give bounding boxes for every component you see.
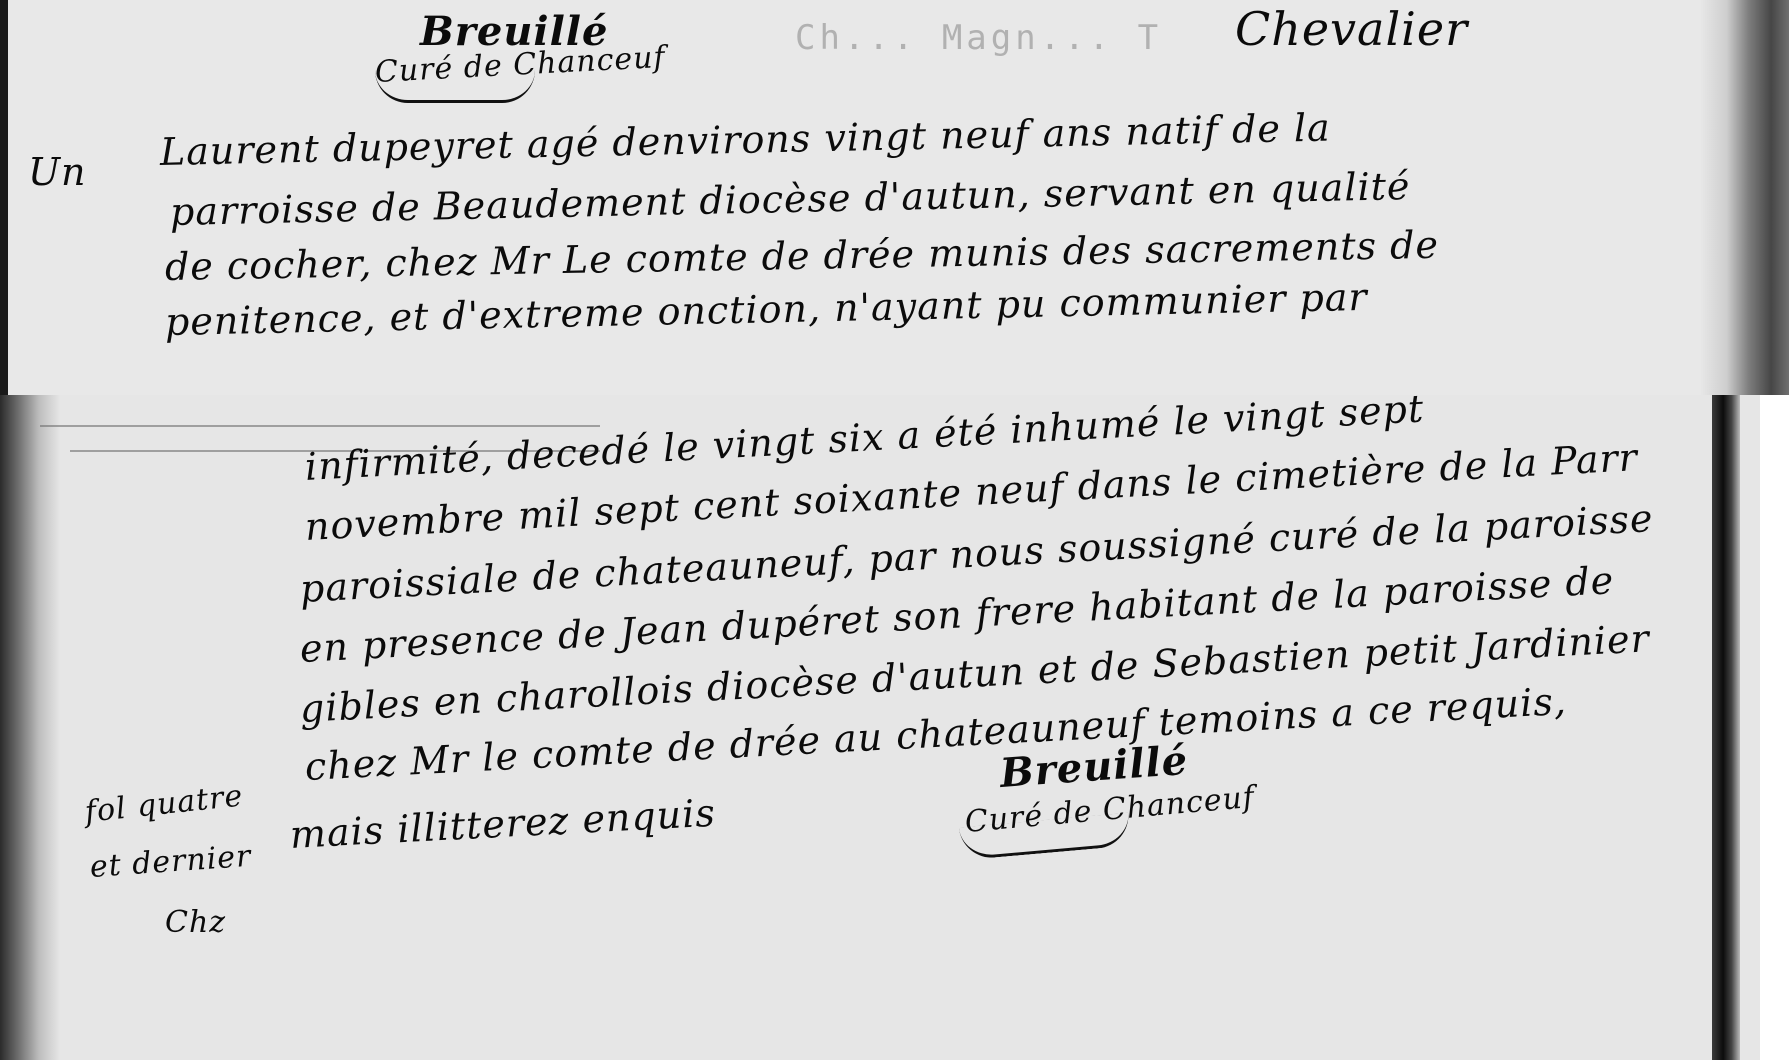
signature-flourish <box>375 70 535 103</box>
binding-spine <box>1712 395 1740 1060</box>
entry-line: mais illitterez enquis <box>289 791 717 857</box>
page-edge-left <box>0 0 8 395</box>
margin-label: Un <box>28 150 87 194</box>
margin-note-line: fol quatre <box>83 778 245 829</box>
page-edge-right <box>1700 0 1789 395</box>
ruled-line <box>40 425 600 427</box>
scan-border <box>1770 470 1789 1060</box>
faint-stamp: Ch... Magn... T <box>795 18 1162 58</box>
page-edge-left <box>0 395 60 1060</box>
register-fragment-bottom: infirmité, decedé le vingt six a été inh… <box>0 395 1760 1060</box>
heading-name: Chevalier <box>1235 2 1468 56</box>
entry-line: Laurent dupeyret agé denvirons vingt neu… <box>160 105 1332 174</box>
register-fragment-top: Breuillé Curé de Chanceuf Ch... Magn... … <box>0 0 1789 395</box>
margin-initials: Chz <box>165 905 226 940</box>
margin-note-line: et dernier <box>89 839 253 885</box>
entry-line: parroisse de Beaudement diocèse d'autun,… <box>170 164 1411 234</box>
